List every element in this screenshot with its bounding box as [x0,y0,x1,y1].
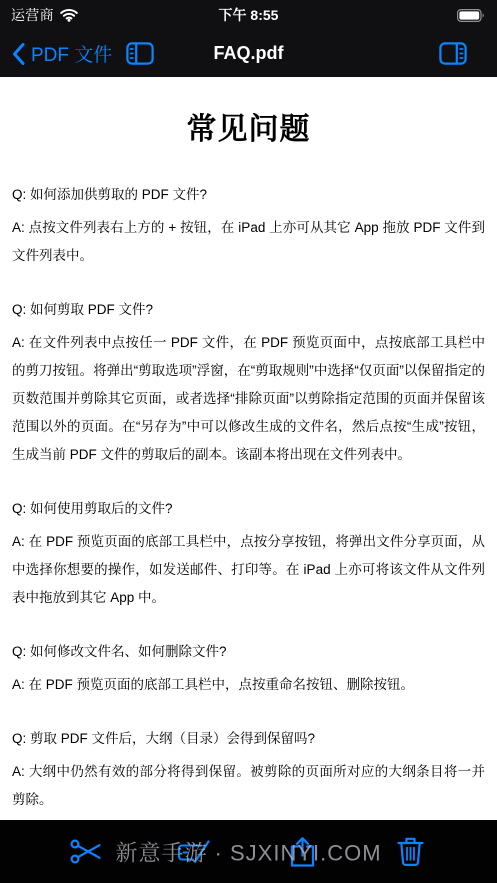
nav-bar: PDF 文件 FAQ.pdf [0,30,497,77]
rename-button[interactable] [172,830,216,874]
answer: A: 在 PDF 预览页面的底部工具栏中，点按分享按钮，将弹出文件分享页面，从中… [12,528,485,612]
scissors-icon [70,838,103,865]
rename-icon [177,838,211,866]
clock: 下午 8:55 [0,0,497,30]
question: Q: 如何添加供剪取的 PDF 文件? [12,185,485,205]
outline-panel-button[interactable] [126,42,154,65]
answer: A: 在 PDF 预览页面的底部工具栏中，点按重命名按钮、删除按钮。 [12,671,485,699]
qa-block: Q: 剪取 PDF 文件后，大纲（目录）会得到保留吗? A: 大纲中仍然有效的部… [12,729,485,814]
document-title: 常见问题 [12,104,485,148]
question: Q: 如何剪取 PDF 文件? [12,300,485,320]
chevron-left-icon [12,43,25,65]
bottom-toolbar: 新意手游 · SJXINYI.COM [0,820,497,883]
back-button-label: PDF 文件 [31,40,112,67]
qa-block: Q: 如何修改文件名、如何删除文件? A: 在 PDF 预览页面的底部工具栏中，… [12,642,485,699]
question: Q: 如何使用剪取后的文件? [12,499,485,519]
qa-block: Q: 如何使用剪取后的文件? A: 在 PDF 预览页面的底部工具栏中，点按分享… [12,499,485,612]
crop-button[interactable] [64,830,108,874]
sidebar-left-panel-icon [126,42,154,65]
qa-block: Q: 如何剪取 PDF 文件? A: 在文件列表中点按任一 PDF 文件，在 P… [12,300,485,469]
share-button[interactable] [281,830,325,874]
status-bar: 运营商 下午 8:55 [0,0,497,30]
sidebar-right-panel-icon [439,42,467,65]
question: Q: 如何修改文件名、如何删除文件? [12,642,485,662]
watermark-text: 新意手游 · SJXINYI.COM [115,836,381,867]
qa-block: Q: 如何添加供剪取的 PDF 文件? A: 点按文件列表右上方的 + 按钮，在… [12,185,485,270]
delete-button[interactable] [389,830,433,874]
faq-list: Q: 如何添加供剪取的 PDF 文件? A: 点按文件列表右上方的 + 按钮，在… [12,185,485,814]
answer: A: 点按文件列表右上方的 + 按钮，在 iPad 上亦可从其它 App 拖放 … [12,214,485,270]
answer: A: 在文件列表中点按任一 PDF 文件，在 PDF 预览页面中，点按底部工具栏… [12,329,485,469]
pdf-preview-page[interactable]: 常见问题 Q: 如何添加供剪取的 PDF 文件? A: 点按文件列表右上方的 +… [0,77,497,820]
back-button[interactable]: PDF 文件 [12,40,112,67]
trash-icon [397,836,424,867]
question: Q: 剪取 PDF 文件后，大纲（目录）会得到保留吗? [12,729,485,749]
thumbnail-panel-button[interactable] [439,42,467,65]
app-screen: 运营商 下午 8:55 PDF 文件 [0,0,497,883]
answer: A: 大纲中仍然有效的部分将得到保留。被剪除的页面所对应的大纲条目将一并剪除。 [12,758,485,814]
share-icon [289,836,316,868]
